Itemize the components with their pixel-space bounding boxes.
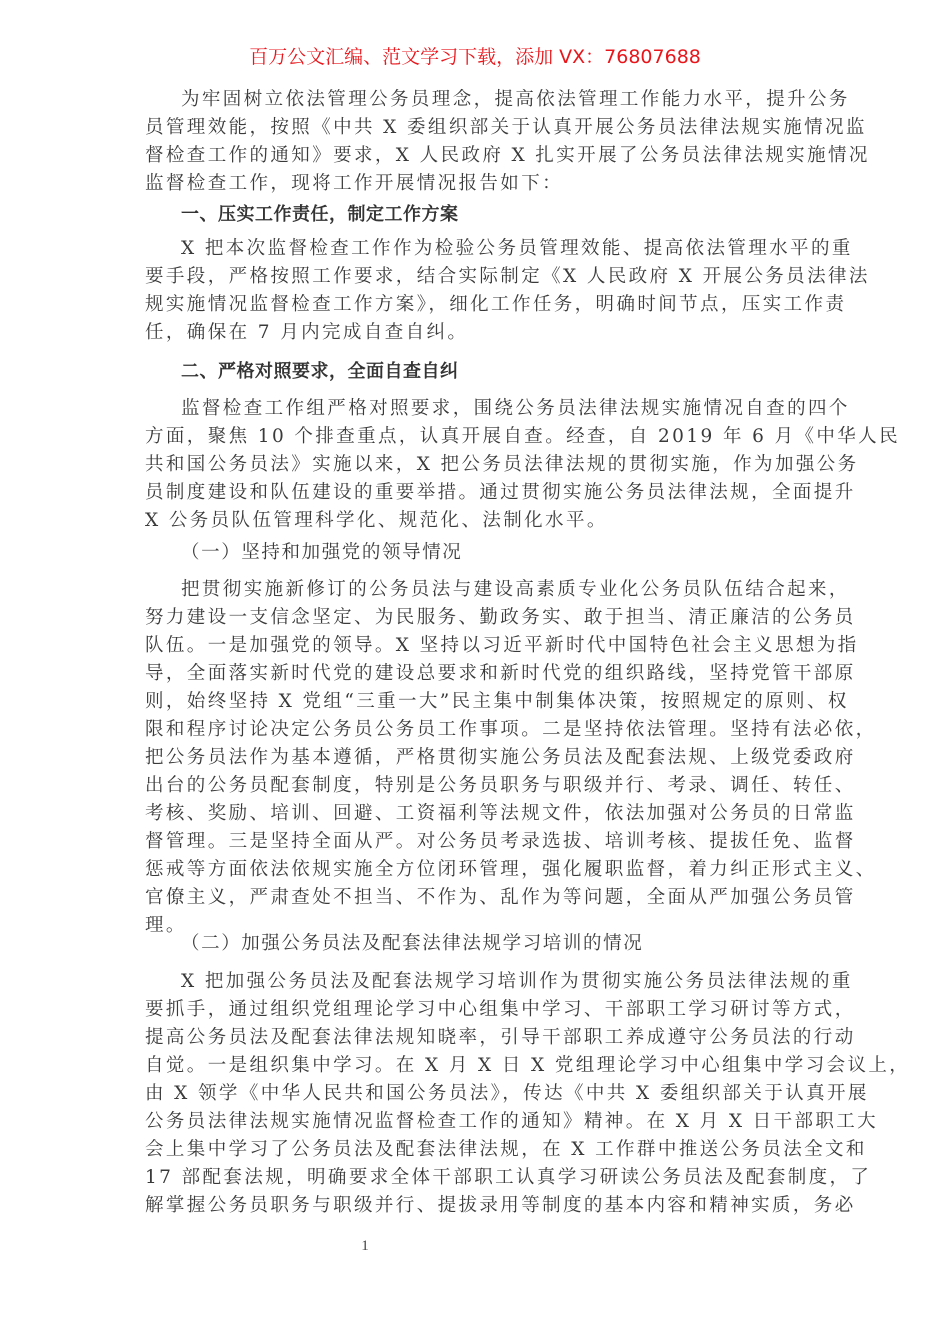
page-number: 1 xyxy=(355,1238,375,1255)
text-line: 队伍。一是加强党的领导。X 坚持以习近平新时代中国特色社会主义思想为指 xyxy=(145,632,805,660)
text-line: 出台的公务员配套制度，特别是公务员职务与职级并行、考录、调任、转任、 xyxy=(145,772,805,800)
text-line: 为牢固树立依法管理公务员理念，提高依法管理工作能力水平，提升公务 xyxy=(145,86,805,114)
intro-paragraph: 为牢固树立依法管理公务员理念，提高依法管理工作能力水平，提升公务 员管理效能，按… xyxy=(145,86,805,198)
text-line: 努力建设一支信念坚定、为民服务、勤政务实、敢于担当、清正廉洁的公务员 xyxy=(145,604,805,632)
text-line: 解掌握公务员职务与职级并行、提拔录用等制度的基本内容和精神实质，务必 xyxy=(145,1192,805,1220)
text-line: 自觉。一是组织集中学习。在 X 月 X 日 X 党组理论学习中心组集中学习会议上… xyxy=(145,1052,805,1080)
text-line: 员管理效能，按照《中共 X 委组织部关于认真开展公务员法律法规实施情况监 xyxy=(145,114,805,142)
text-line: X 把本次监督检查工作作为检验公务员管理效能、提高依法管理水平的重 xyxy=(145,235,805,263)
subheading-text: （二）加强公务员法及配套法律法规学习培训的情况 xyxy=(145,930,805,958)
text-line: 规实施情况监督检查工作方案》，细化工作任务，明确时间节点，压实工作责 xyxy=(145,291,805,319)
text-line: 把公务员法作为基本遵循，严格贯彻实施公务员法及配套法规、上级党委政府 xyxy=(145,744,805,772)
text-line: 任，确保在 7 月内完成自查自纠。 xyxy=(145,319,805,347)
text-line: 公务员法律法规实施情况监督检查工作的通知》精神。在 X 月 X 日干部职工大 xyxy=(145,1108,805,1136)
text-line: 考核、奖励、培训、回避、工资福利等法规文件，依法加强对公务员的日常监 xyxy=(145,800,805,828)
heading-text: 二、严格对照要求，全面自查自纠 xyxy=(145,358,805,386)
heading-text: 一、压实工作责任，制定工作方案 xyxy=(145,201,805,229)
subheading-text: （一）坚持和加强党的领导情况 xyxy=(145,539,805,567)
section-heading-2: 二、严格对照要求，全面自查自纠 xyxy=(145,358,805,386)
text-line: 共和国公务员法》实施以来，X 把公务员法律法规的贯彻实施，作为加强公务 xyxy=(145,451,805,479)
text-line: X 把加强公务员法及配套法规学习培训作为贯彻实施公务员法律法规的重 xyxy=(145,968,805,996)
text-line: 提高公务员法及配套法律法规知晓率，引导干部职工养成遵守公务员法的行动 xyxy=(145,1024,805,1052)
text-line: 17 部配套法规，明确要求全体干部职工认真学习研读公务员法及配套制度，了 xyxy=(145,1164,805,1192)
text-line: 督管理。三是坚持全面从严。对公务员考录选拔、培训考核、提拔任免、监督 xyxy=(145,828,805,856)
section-heading-1: 一、压实工作责任，制定工作方案 xyxy=(145,201,805,229)
text-line: 监督检查工作，现将工作开展情况报告如下： xyxy=(145,170,805,198)
text-line: 限和程序讨论决定公务员公务员工作事项。二是坚持依法管理。坚持有法必依， xyxy=(145,716,805,744)
document-page: 百万公文汇编、范文学习下载，添加 VX：76807688 为牢固树立依法管理公务… xyxy=(0,0,950,1344)
text-line: 方面，聚焦 10 个排查重点，认真开展自查。经查，自 2019 年 6 月《中华… xyxy=(145,423,805,451)
text-line: 把贯彻实施新修订的公务员法与建设高素质专业化公务员队伍结合起来， xyxy=(145,576,805,604)
text-line: 要抓手，通过组织党组理论学习中心组集中学习、干部职工学习研讨等方式， xyxy=(145,996,805,1024)
text-line: 督检查工作的通知》要求，X 人民政府 X 扎实开展了公务员法律法规实施情况 xyxy=(145,142,805,170)
text-line: 由 X 领学《中华人民共和国公务员法》，传达《中共 X 委组织部关于认真开展 xyxy=(145,1080,805,1108)
text-line: 则，始终坚持 X 党组“三重一大”民主集中制集体决策，按照规定的原则、权 xyxy=(145,688,805,716)
subsection1-paragraph: 把贯彻实施新修订的公务员法与建设高素质专业化公务员队伍结合起来， 努力建设一支信… xyxy=(145,576,805,940)
subsection-heading-1: （一）坚持和加强党的领导情况 xyxy=(145,539,805,567)
subsection2-paragraph: X 把加强公务员法及配套法规学习培训作为贯彻实施公务员法律法规的重 要抓手，通过… xyxy=(145,968,805,1220)
text-line: 会上集中学习了公务员法及配套法律法规，在 X 工作群中推送公务员法全文和 xyxy=(145,1136,805,1164)
text-line: 要手段，严格按照工作要求，结合实际制定《X 人民政府 X 开展公务员法律法 xyxy=(145,263,805,291)
subsection-heading-2: （二）加强公务员法及配套法律法规学习培训的情况 xyxy=(145,930,805,958)
text-line: 惩戒等方面依法依规实施全方位闭环管理，强化履职监督，着力纠正形式主义、 xyxy=(145,856,805,884)
promo-banner: 百万公文汇编、范文学习下载，添加 VX：76807688 xyxy=(0,44,950,70)
text-line: 官僚主义，严肃查处不担当、不作为、乱作为等问题，全面从严加强公务员管 xyxy=(145,884,805,912)
text-line: 导，全面落实新时代党的建设总要求和新时代党的组织路线，坚持党管干部原 xyxy=(145,660,805,688)
section2-paragraph: 监督检查工作组严格对照要求，围绕公务员法律法规实施情况自查的四个 方面，聚焦 1… xyxy=(145,395,805,535)
text-line: 监督检查工作组严格对照要求，围绕公务员法律法规实施情况自查的四个 xyxy=(145,395,805,423)
text-line: X 公务员队伍管理科学化、规范化、法制化水平。 xyxy=(145,507,805,535)
text-line: 员制度建设和队伍建设的重要举措。通过贯彻实施公务员法律法规，全面提升 xyxy=(145,479,805,507)
section1-paragraph: X 把本次监督检查工作作为检验公务员管理效能、提高依法管理水平的重 要手段，严格… xyxy=(145,235,805,347)
